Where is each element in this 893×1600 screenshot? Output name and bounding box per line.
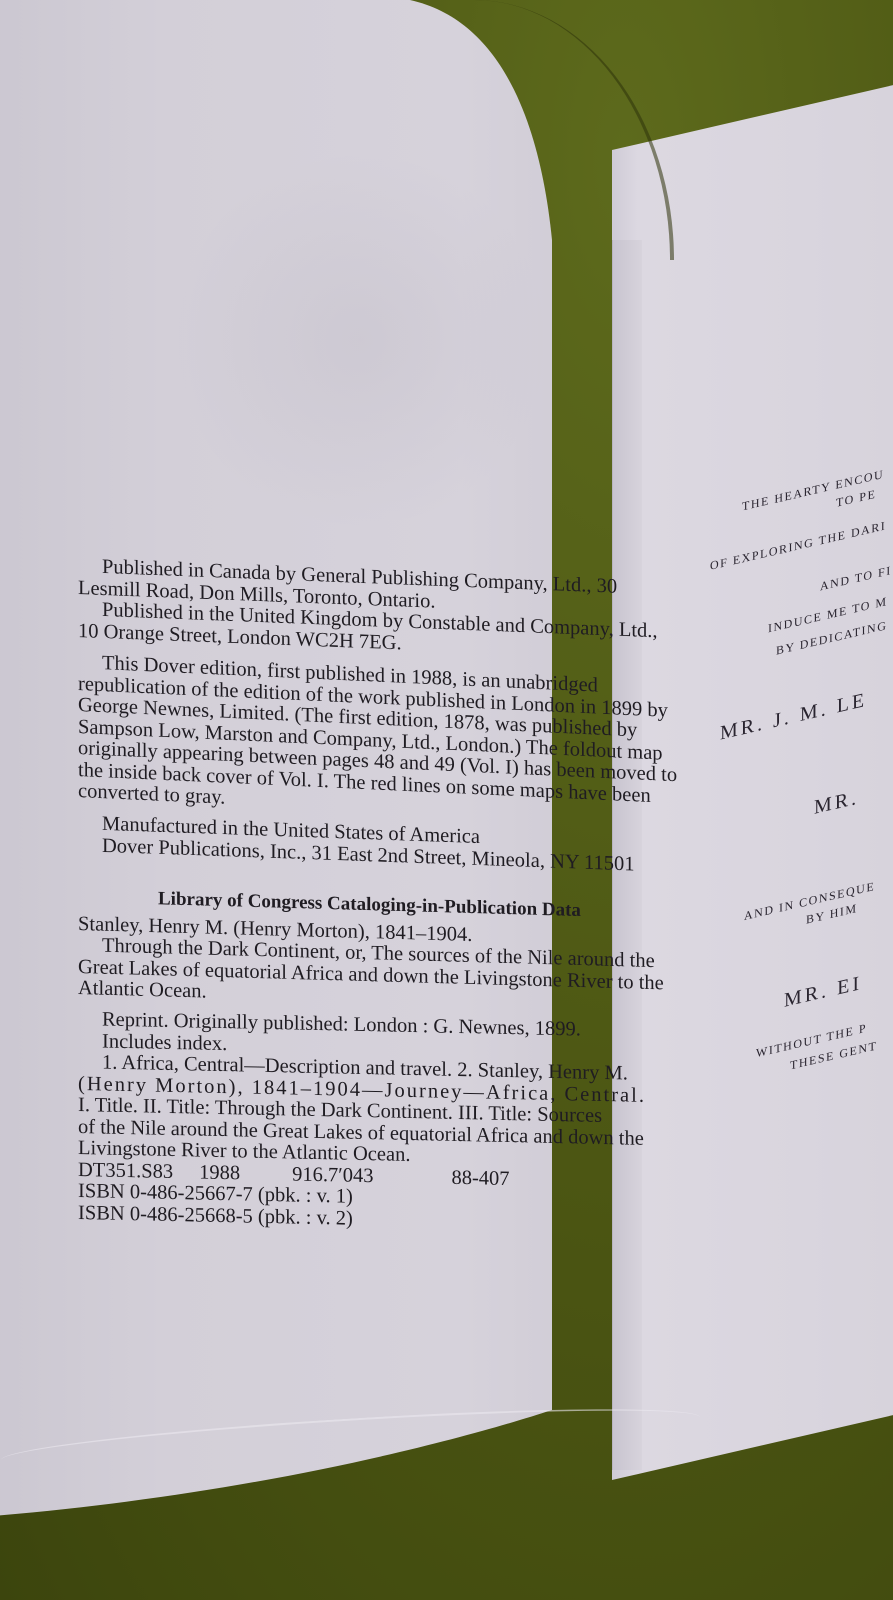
cip-details: Reprint. Originally published: London : … bbox=[78, 1009, 638, 1236]
call-number: DT351.S83 bbox=[78, 1159, 173, 1183]
show-through-smudge bbox=[170, 150, 550, 530]
cip-block: Library of Congress Cataloging-in-Public… bbox=[78, 886, 638, 1015]
lccn: 88-407 bbox=[451, 1166, 509, 1189]
cip-year: 1988 bbox=[199, 1161, 240, 1184]
edition-notice: This Dover edition, first published in 1… bbox=[78, 652, 638, 828]
dewey-number: 916.7′043 bbox=[292, 1163, 373, 1187]
copyright-page-text: Published in Canada by General Publishin… bbox=[78, 556, 638, 1224]
book-photo-scene: THE HEARTY ENCOU TO PE OF EXPLORING THE … bbox=[0, 0, 893, 1600]
